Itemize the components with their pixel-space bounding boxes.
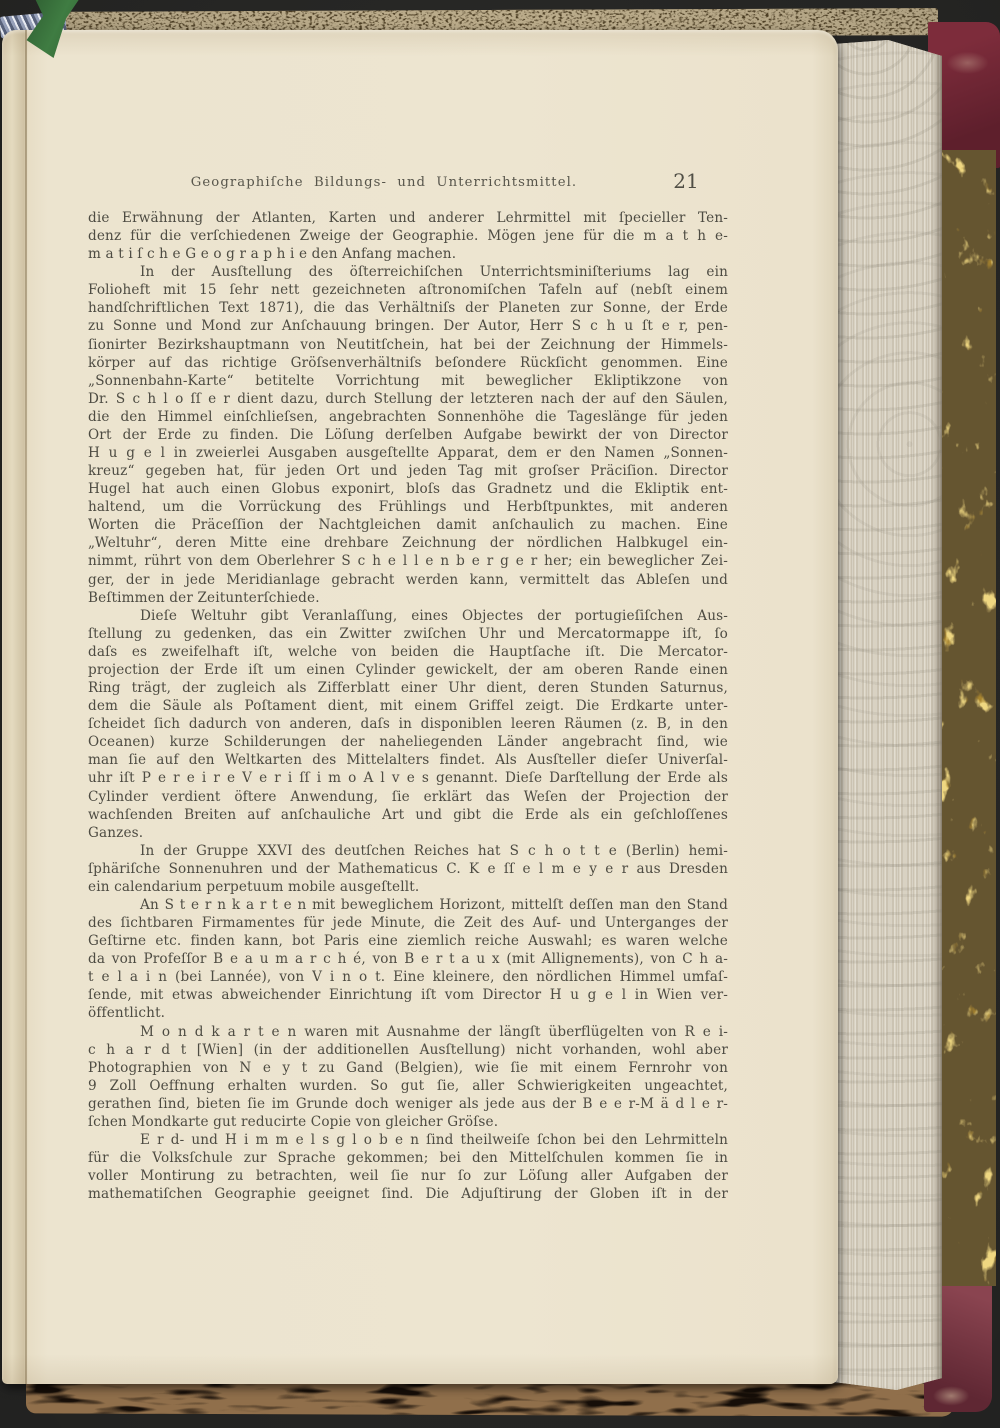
text-line: öffentlicht. xyxy=(88,1004,728,1022)
text-line: kreuz“ gegeben hat, für jeden Ort und je… xyxy=(88,462,728,480)
text-line: zu Sonne und Mond zur Anſchauung bringen… xyxy=(88,317,728,335)
book-bottom-board xyxy=(26,1380,954,1416)
text-line: E r d- und H i m m e l s g l o b e n ſin… xyxy=(88,1131,728,1149)
text-line: ein calendarium perpetuum mobile ausgeſt… xyxy=(88,878,728,896)
text-line: Worten die Präceſſion der Nachtgleichen … xyxy=(88,516,728,534)
bottom-board-texture xyxy=(26,1380,954,1416)
text-line: ger, der in jede Meridianlage gebracht w… xyxy=(88,571,728,589)
text-line: ſende, mit etwas abweichender Einrichtun… xyxy=(88,986,728,1004)
text-line: ſchen Mondkarte gut reducirte Copie von … xyxy=(88,1113,728,1131)
text-line: körper auf das richtige Gröſsenverhältni… xyxy=(88,354,728,372)
text-line: des ſichtbaren Firmamentes für jede Minu… xyxy=(88,914,728,932)
text-line: In der Ausſtellung des öſterreichiſchen … xyxy=(88,263,728,281)
text-line: In der Gruppe XXVI des deutſchen Reiches… xyxy=(88,842,728,860)
text-line: „Sonnenbahn-Karte“ betitelte Vorrichtung… xyxy=(88,372,728,390)
text-line: daſs es zweifelhaft iſt, welche von beid… xyxy=(88,643,728,661)
text-line: Ganzes. xyxy=(88,824,728,842)
text-line: Dieſe Weltuhr gibt Veranlaſſung, eines O… xyxy=(88,607,728,625)
fore-edge-page-stack xyxy=(834,38,942,1392)
text-line: Ring trägt, der zugleich als Zifferblatt… xyxy=(88,679,728,697)
text-line: H u g e l in zweierlei Ausgaben ausgeſte… xyxy=(88,444,728,462)
text-line: voller Montirung zu betrachten, weil ſie… xyxy=(88,1167,728,1185)
text-line: m a t i ſ c h e G e o g r a p h i e den … xyxy=(88,245,728,263)
text-line: ſtellung zu gedenken, das ein Zwitter zw… xyxy=(88,625,728,643)
text-line: für die Volksſchule zur Sprache gekommen… xyxy=(88,1149,728,1167)
body-text: die Erwähnung der Atlanten, Karten und a… xyxy=(88,209,728,1203)
text-line: Cylinder verdient öftere Anwendung, ſie … xyxy=(88,788,728,806)
text-line: c h a r d t [Wien] (in der additionellen… xyxy=(88,1041,728,1059)
text-line: Photographien von N e y t zu Gand (Belgi… xyxy=(88,1059,728,1077)
text-line: Beſtimmen der Zeitunterſchiede. xyxy=(88,589,728,607)
text-line: Hugel hat auch einen Globus exponirt, bl… xyxy=(88,480,728,498)
text-line: „Weltuhr“, deren Mitte eine drehbare Zei… xyxy=(88,534,728,552)
text-line: t e l a i n (bei Lannée), von V i n o t.… xyxy=(88,968,728,986)
text-line: wachſenden Breiten auf anſchauliche Art … xyxy=(88,806,728,824)
text-line: 9 Zoll Oeffnung erhalten wurden. So gut … xyxy=(88,1077,728,1095)
text-line: dem die Säule als Poſtament dient, mit e… xyxy=(88,697,728,715)
text-line: M o n d k a r t e n waren mit Ausnahme d… xyxy=(88,1023,728,1041)
running-title: Geographiſche Bildungs- und Unterrichtsm… xyxy=(94,175,674,190)
text-line: Ort der Erde zu finden. Die Löſung derſe… xyxy=(88,426,728,444)
text-line: Dr. S c h l o ſſ e r dient dazu, durch S… xyxy=(88,390,728,408)
text-line: Folioheft mit 15 ſehr nett gezeichneten … xyxy=(88,281,728,299)
text-line: ſphäriſche Sonnenuhren und der Mathemati… xyxy=(88,860,728,878)
text-line: gerathen ſind, bieten ſie im Grunde doch… xyxy=(88,1095,728,1113)
text-line: nimmt, rührt von dem Oberlehrer S c h e … xyxy=(88,552,728,570)
page-number: 21 xyxy=(664,169,708,193)
text-line: uhr iſt P e r e i r e V e r i ſſ i m o A… xyxy=(88,769,728,787)
gutter-crease xyxy=(25,30,27,1384)
text-line: handſchriftlichen Text 1871), die das Ve… xyxy=(88,299,728,317)
text-line: da von Profeſſor B e a u m a r c h é, vo… xyxy=(88,950,728,968)
text-line: haltend, um die Vorrückung des Frühlings… xyxy=(88,498,728,516)
book-photograph: Geographiſche Bildungs- und Unterrichtsm… xyxy=(0,0,1000,1428)
text-line: ſionirter Bezirkshauptmann von Neutitſch… xyxy=(88,336,728,354)
marble-texture xyxy=(936,150,996,1286)
text-line: Geſtirne etc. finden kann, bot Paris ein… xyxy=(88,932,728,950)
text-line: man ſie auf den Weltkarten des Mittelalt… xyxy=(88,751,728,769)
text-line: die den Himmel einſchlieſsen, angebracht… xyxy=(88,408,728,426)
text-line: die Erwähnung der Atlanten, Karten und a… xyxy=(88,209,728,227)
text-line: projection der Erde iſt um einen Cylinde… xyxy=(88,661,728,679)
text-line: Oceanen) kurze Schilderungen der nahelie… xyxy=(88,733,728,751)
text-line: mathematiſchen Geographie geeignet ſind.… xyxy=(88,1185,728,1203)
text-line: ſcheidet ſich dadurch von anderen, daſs … xyxy=(88,715,728,733)
text-line: denz für die verſchiedenen Zweige der Ge… xyxy=(88,227,728,245)
marbled-board-edge xyxy=(936,150,996,1286)
text-line: An S t e r n k a r t e n mit beweglichem… xyxy=(88,896,728,914)
